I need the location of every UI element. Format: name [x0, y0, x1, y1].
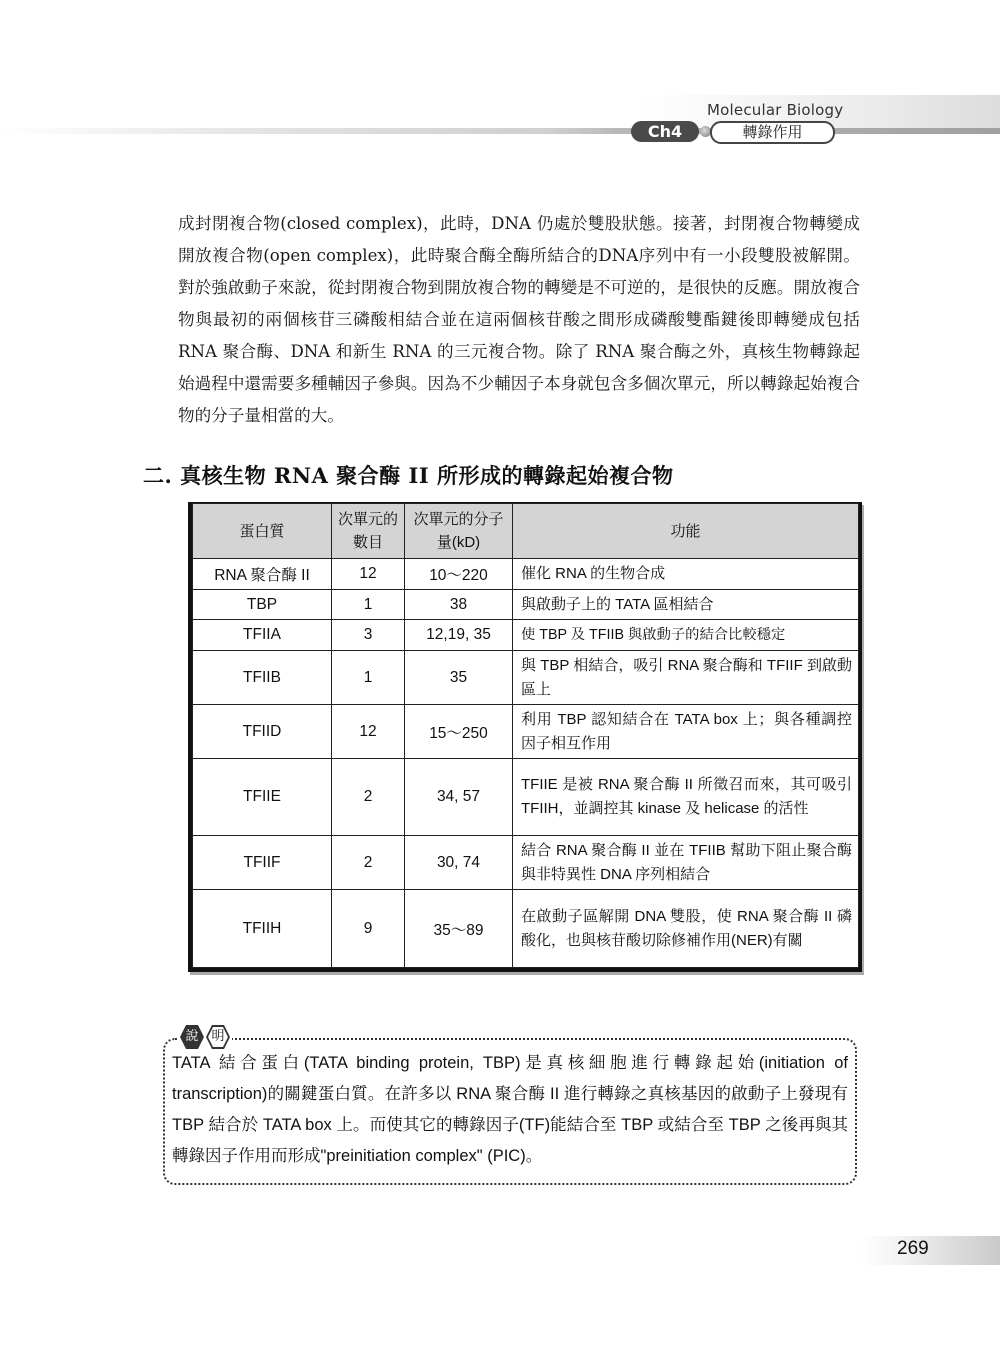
cell-protein: TBP	[193, 590, 332, 620]
header-subunit-count: 次單元的數目	[332, 504, 405, 559]
header-rule	[0, 128, 1000, 134]
cell-function: 利用 TBP 認知結合在 TATA box 上；與各種調控因子相互作用	[513, 705, 859, 759]
note-label: 說 明	[178, 1025, 232, 1049]
cell-mw: 35	[405, 651, 513, 705]
table-row: TFIIH 9 35～89 在啟動子區解開 DNA 雙股，使 RNA 聚合酶 I…	[193, 890, 859, 968]
cell-function: 催化 RNA 的生物合成	[513, 559, 859, 590]
chapter-title: 轉錄作用	[710, 121, 835, 144]
header-protein: 蛋白質	[193, 504, 332, 559]
table-row: TFIIE 2 34, 57 TFIIE 是被 RNA 聚合酶 II 所徵召而來…	[193, 759, 859, 836]
cell-mw: 35～89	[405, 890, 513, 968]
header-function: 功能	[513, 504, 859, 559]
cell-protein: TFIIB	[193, 651, 332, 705]
page-number: 269	[897, 1238, 929, 1260]
cell-protein: TFIIH	[193, 890, 332, 968]
section-title: 二. 真核生物 RNA 聚合酶 II 所形成的轉錄起始複合物	[143, 460, 673, 490]
chapter-badge: Ch4	[631, 121, 699, 142]
table-header-row: 蛋白質 次單元的數目 次單元的分子量(kD) 功能	[193, 504, 859, 559]
cell-function: 與 TBP 相結合，吸引 RNA 聚合酶和 TFIIF 到啟動區上	[513, 651, 859, 705]
cell-mw: 12,19, 35	[405, 620, 513, 651]
cell-function: TFIIE 是被 RNA 聚合酶 II 所徵召而來，其可吸引 TFIIH，並調控…	[513, 759, 859, 836]
cell-subunits: 2	[332, 759, 405, 836]
cell-subunits: 12	[332, 559, 405, 590]
table-row: TFIIB 1 35 與 TBP 相結合，吸引 RNA 聚合酶和 TFIIF 到…	[193, 651, 859, 705]
cell-function: 結合 RNA 聚合酶 II 並在 TFIIB 幫助下阻止聚合酶與非特異性 DNA…	[513, 836, 859, 890]
cell-mw: 10～220	[405, 559, 513, 590]
cell-mw: 15～250	[405, 705, 513, 759]
table-row: TFIIF 2 30, 74 結合 RNA 聚合酶 II 並在 TFIIB 幫助…	[193, 836, 859, 890]
cell-protein: TFIID	[193, 705, 332, 759]
note-badge-clarify: 明	[206, 1025, 230, 1049]
cell-mw: 30, 74	[405, 836, 513, 890]
cell-function: 使 TBP 及 TFIIB 與啟動子的結合比較穩定	[513, 620, 859, 651]
note-text: TATA 結合蛋白(TATA binding protein, TBP)是真核細…	[172, 1048, 848, 1172]
table-row: TFIID 12 15～250 利用 TBP 認知結合在 TATA box 上；…	[193, 705, 859, 759]
table-row: TFIIA 3 12,19, 35 使 TBP 及 TFIIB 與啟動子的結合比…	[193, 620, 859, 651]
table-row: RNA 聚合酶 II 12 10～220 催化 RNA 的生物合成	[193, 559, 859, 590]
book-subject: Molecular Biology	[707, 101, 843, 119]
cell-subunits: 1	[332, 590, 405, 620]
cell-function: 在啟動子區解開 DNA 雙股，使 RNA 聚合酶 II 磷酸化，也與核苷酸切除修…	[513, 890, 859, 968]
cell-protein: TFIIE	[193, 759, 332, 836]
note-badge-explain: 說	[180, 1025, 204, 1049]
cell-subunits: 12	[332, 705, 405, 759]
cell-protein: RNA 聚合酶 II	[193, 559, 332, 590]
cell-subunits: 3	[332, 620, 405, 651]
cell-mw: 34, 57	[405, 759, 513, 836]
cell-subunits: 1	[332, 651, 405, 705]
cell-mw: 38	[405, 590, 513, 620]
table-row: TBP 1 38 與啟動子上的 TATA 區相結合	[193, 590, 859, 620]
cell-protein: TFIIA	[193, 620, 332, 651]
cell-protein: TFIIF	[193, 836, 332, 890]
cell-subunits: 9	[332, 890, 405, 968]
body-paragraph: 成封閉複合物(closed complex)，此時，DNA 仍處於雙股狀態。接著…	[178, 208, 860, 432]
page-number-bar	[860, 1236, 1000, 1265]
cell-function: 與啟動子上的 TATA 區相結合	[513, 590, 859, 620]
header-molecular-weight: 次單元的分子量(kD)	[405, 504, 513, 559]
cell-subunits: 2	[332, 836, 405, 890]
transcription-factor-table: 蛋白質 次單元的數目 次單元的分子量(kD) 功能 RNA 聚合酶 II 12 …	[188, 502, 862, 972]
